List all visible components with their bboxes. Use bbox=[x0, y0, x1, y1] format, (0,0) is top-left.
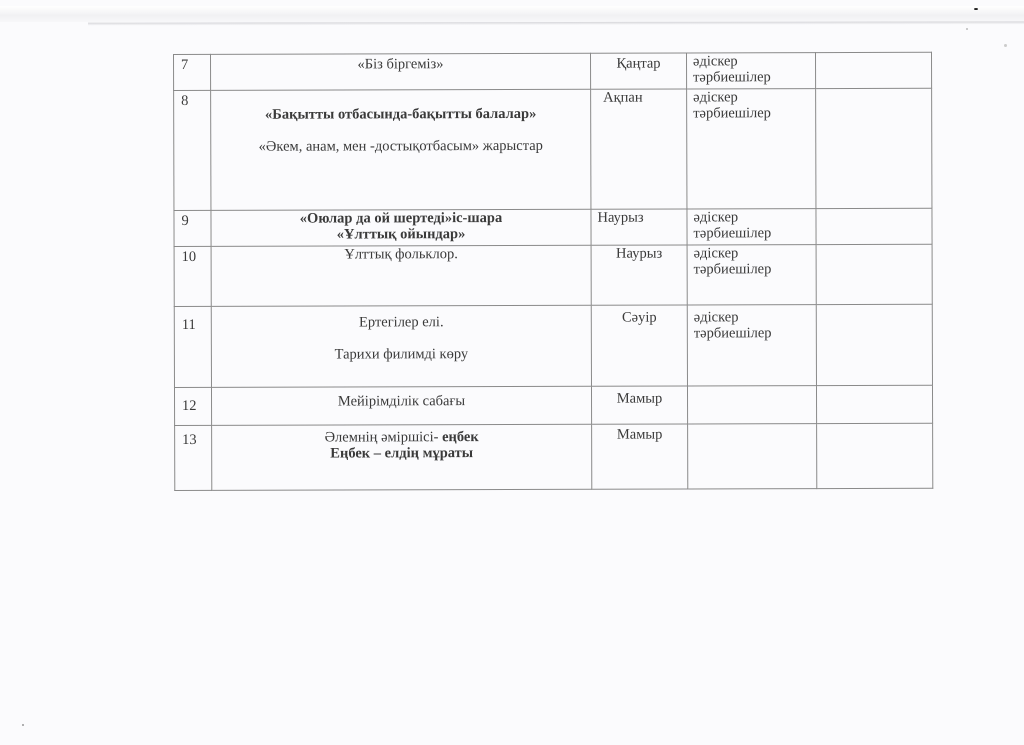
month-cell: Қаңтар bbox=[590, 53, 686, 89]
table-row: 7 «Біз біргеміз» Қаңтар әдіскер тәрбиеші… bbox=[174, 52, 932, 90]
row-number: 11 bbox=[178, 309, 211, 333]
responsible-line: әдіскер bbox=[693, 209, 815, 225]
month-text: Мамыр bbox=[592, 386, 687, 406]
event-cell: Мейірімділік сабағы bbox=[211, 386, 591, 425]
table-row: 11 Ертегілер елі. Тарихи филимді көру Сә… bbox=[174, 304, 932, 387]
responsible-line: тәрбиешілер bbox=[693, 105, 815, 121]
month-cell: Мамыр bbox=[592, 424, 688, 489]
table-row: 10 Ұлттық фольклор. Наурыз әдіскер тәрби… bbox=[174, 244, 932, 306]
event-title: Әлемнің әміршісі- еңбек bbox=[212, 425, 591, 446]
responsible-cell: әдіскер тәрбиешілер bbox=[686, 53, 815, 89]
event-title: Ертегілер елі. bbox=[212, 306, 591, 331]
event-cell: Ұлттық фольклор. bbox=[211, 245, 591, 306]
row-number: 12 bbox=[178, 390, 211, 414]
row-number: 9 bbox=[177, 213, 210, 229]
event-subtitle: «Ұлттық ойындар» bbox=[212, 226, 591, 243]
table-row: 12 Мейірімділік сабағы Мамыр bbox=[174, 385, 932, 425]
row-number: 10 bbox=[178, 249, 211, 265]
note-cell bbox=[816, 385, 932, 423]
responsible-line: тәрбиешілер bbox=[694, 261, 816, 277]
month-text: Қаңтар bbox=[591, 53, 686, 71]
note-cell bbox=[816, 304, 932, 385]
event-title: «Біз біргеміз» bbox=[211, 54, 590, 73]
month-text: Сәуір bbox=[592, 305, 687, 325]
month-text: Мамыр bbox=[592, 424, 687, 442]
note-cell bbox=[815, 52, 931, 88]
event-title-text: Әлемнің әміршісі- bbox=[325, 429, 443, 445]
note-cell bbox=[816, 208, 932, 244]
responsible-line: тәрбиешілер bbox=[693, 69, 815, 85]
scan-speck bbox=[1004, 44, 1007, 47]
event-cell: «Біз біргеміз» bbox=[211, 53, 591, 90]
row-number-cell: 9 bbox=[174, 210, 211, 246]
row-number-cell: 12 bbox=[174, 387, 211, 425]
responsible-line: әдіскер bbox=[693, 89, 815, 105]
month-cell: Наурыз bbox=[591, 209, 687, 245]
scan-edge-line bbox=[88, 21, 1024, 25]
responsible-cell: әдіскер тәрбиешілер bbox=[687, 245, 816, 305]
month-cell: Сәуір bbox=[591, 305, 687, 386]
month-text: Ақпан bbox=[591, 89, 686, 105]
month-text: Наурыз bbox=[591, 209, 686, 225]
scan-speck bbox=[974, 8, 978, 10]
responsible-cell bbox=[688, 424, 817, 489]
row-number-cell: 10 bbox=[174, 246, 211, 306]
month-cell: Ақпан bbox=[591, 89, 687, 209]
row-number: 8 bbox=[177, 93, 210, 109]
responsible-cell: әдіскер тәрбиешілер bbox=[687, 209, 816, 245]
note-cell bbox=[816, 88, 932, 208]
responsible-line: әдіскер bbox=[694, 305, 816, 325]
row-number: 13 bbox=[178, 428, 211, 448]
event-title: «Бақытты отбасында-бақытты балалар» bbox=[211, 106, 590, 123]
event-subtitle: «Әкем, анам, мен -достықотбасым» жарыста… bbox=[211, 138, 590, 155]
event-cell: Әлемнің әміршісі- еңбек Еңбек – елдің мұ… bbox=[212, 424, 592, 490]
responsible-cell bbox=[687, 386, 816, 424]
responsible-cell: әдіскер тәрбиешілер bbox=[687, 305, 816, 386]
event-cell: «Бақытты отбасында-бақытты балалар» «Әке… bbox=[211, 89, 591, 210]
note-cell bbox=[816, 244, 932, 304]
event-title: Мейірімділік сабағы bbox=[212, 387, 591, 410]
month-text: Наурыз bbox=[592, 245, 687, 261]
row-number-cell: 7 bbox=[174, 54, 211, 90]
event-plan-table: 7 «Біз біргеміз» Қаңтар әдіскер тәрбиеші… bbox=[173, 52, 933, 491]
row-number: 7 bbox=[177, 57, 210, 73]
responsible-line: әдіскер bbox=[694, 245, 816, 261]
responsible-line: тәрбиешілер bbox=[694, 325, 816, 341]
event-cell: Ертегілер елі. Тарихи филимді көру bbox=[211, 305, 591, 387]
month-cell: Мамыр bbox=[591, 386, 687, 424]
table-row: 13 Әлемнің әміршісі- еңбек Еңбек – елдің… bbox=[175, 423, 933, 490]
month-cell: Наурыз bbox=[591, 245, 687, 305]
note-cell bbox=[817, 423, 933, 488]
scan-speck bbox=[22, 724, 24, 726]
table-row: 9 «Оюлар да ой шертеді»іс-шара «Ұлттық о… bbox=[174, 208, 932, 246]
responsible-line: әдіскер bbox=[693, 53, 815, 69]
scan-speck bbox=[966, 28, 968, 30]
scan-edge-strip bbox=[0, 6, 1024, 22]
event-subtitle: Тарихи филимді көру bbox=[212, 346, 591, 363]
row-number-cell: 13 bbox=[175, 425, 212, 490]
row-number-cell: 11 bbox=[174, 306, 211, 387]
row-number-cell: 8 bbox=[174, 90, 211, 210]
responsible-line: тәрбиешілер bbox=[694, 225, 816, 241]
responsible-cell: әдіскер тәрбиешілер bbox=[687, 89, 816, 209]
event-title: Ұлттық фольклор. bbox=[212, 246, 591, 263]
event-cell: «Оюлар да ой шертеді»іс-шара «Ұлттық ойы… bbox=[211, 209, 591, 246]
event-subtitle: Еңбек – елдің мұраты bbox=[212, 445, 591, 462]
table-row: 8 «Бақытты отбасында-бақытты балалар» «Ә… bbox=[174, 88, 932, 210]
event-title: «Оюлар да ой шертеді»іс-шара bbox=[211, 210, 590, 227]
event-title-bold-suffix: еңбек bbox=[442, 429, 479, 445]
